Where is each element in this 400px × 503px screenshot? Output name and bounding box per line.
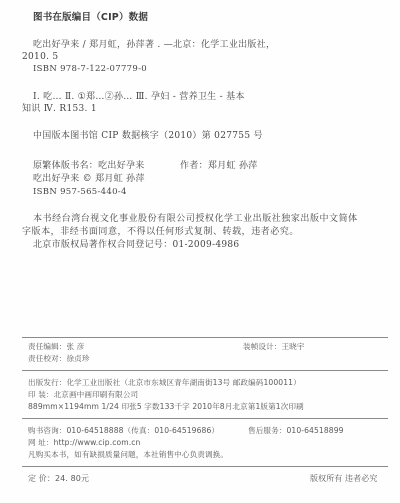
cip-core-number: 中国版本图书馆 CIP 数据核字（2010）第 027755 号: [33, 130, 263, 142]
rights-notice: 版权所有 违者必究: [310, 473, 377, 484]
cip-entry-line1: 吃出好孕来 / 郑月虹，孙萍著 . —北京：化学工业出版社，: [33, 39, 275, 51]
license-line2: 字版本，非经书面同意，不得以任何形式复制、转载，违者必究。: [22, 226, 299, 238]
purchase-contact: 购书咨询：010-64518888（传真：010-64519686）: [28, 425, 219, 436]
cip-title: 图书在版编目（CIP）数据: [33, 9, 148, 23]
price: 定 价：24. 80元: [28, 473, 89, 484]
publisher-info: 出版发行：化学工业出版社（北京市东城区青年湖南街13号 邮政编码100011）: [28, 377, 301, 388]
divider-footer-top: [22, 466, 388, 467]
cip-classification-line2: 知识 Ⅳ. R153. 1: [22, 103, 97, 115]
cip-entry-line2: 2010. 5: [22, 51, 58, 63]
credit-designer: 装帧设计：王晓宇: [243, 341, 305, 352]
original-copyright: 吃出好孕来 © 郑月虹 孙萍: [33, 173, 145, 185]
license-line1: 本书经台湾台视文化事业股份有限公司授权化学工业出版社独家出版中文简体: [33, 213, 358, 225]
original-author: 作者：郑月虹 孙萍: [180, 160, 258, 172]
original-isbn: ISBN 957-565-440-4: [33, 186, 127, 198]
license-registration: 北京市版权局著作权合同登记号：01-2009-4986: [33, 239, 239, 251]
printer-info: 印 装：北京画中画印刷有限公司: [28, 389, 138, 400]
copyright-page: 图书在版编目（CIP）数据 吃出好孕来 / 郑月虹，孙萍著 . —北京：化学工业…: [0, 0, 400, 503]
credit-proofreader: 责任校对：徐贞珍: [28, 353, 90, 364]
print-specs: 889mm×1194mm 1/24 印张5 字数133千字 2010年8月北京第…: [28, 401, 304, 412]
cip-classification-line1: Ⅰ. 吃… Ⅱ. ①郑…②孙… Ⅲ. 孕妇 - 营养卫生 - 基本: [33, 91, 245, 103]
divider-contact-top: [22, 418, 388, 419]
website-link[interactable]: 网 址：http://www.cip.com.cn: [28, 437, 140, 448]
after-sales-contact: 售后服务：010-64518899: [248, 425, 344, 436]
divider-credits-top: [22, 337, 388, 338]
cip-isbn: ISBN 978-7-122-07779-0: [33, 63, 147, 75]
credit-editor: 责任编辑：张 彦: [28, 341, 84, 352]
defect-notice: 凡购买本书，如有缺损质量问题，本社销售中心负责调换。: [28, 449, 228, 460]
original-title: 原繁体版书名：吃出好孕来: [33, 160, 145, 172]
divider-publishing-top: [22, 370, 388, 371]
